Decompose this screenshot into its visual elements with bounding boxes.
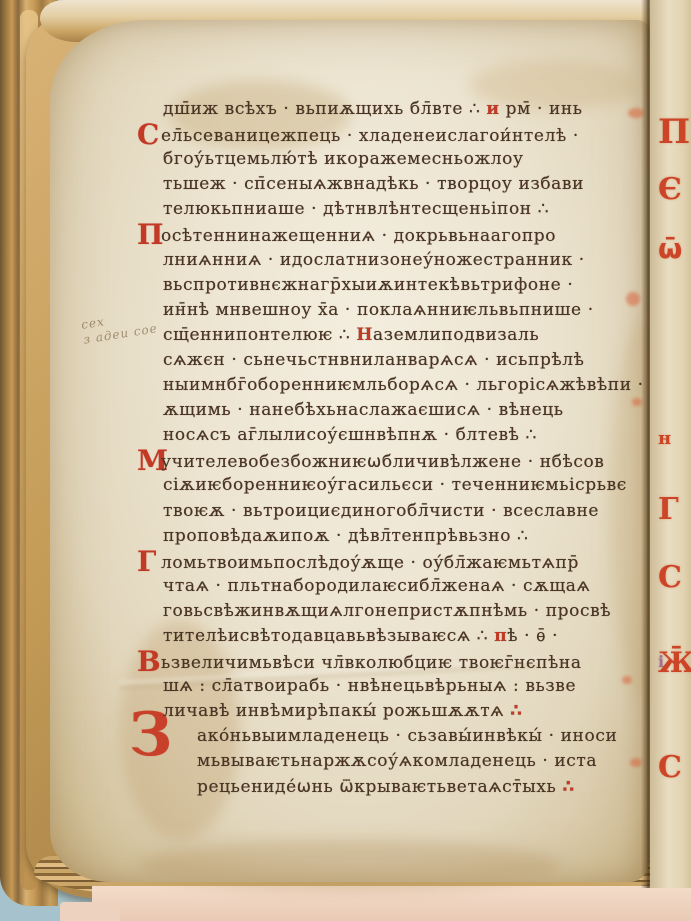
text-line: телюкьпниаше · дѣтнвлѣнтесщеньіпон ∴ <box>163 197 655 222</box>
text-line: мьвываѥтьнаржѫсоу́ѧкомладенець · иста <box>163 749 655 774</box>
text-line: чтаѧ · пльтнабородилаѥсибл̄женаѧ · сѫщаѧ <box>163 574 655 599</box>
text-line: Гломьтвоимьпослѣдоу́ѫще · оу́бл̄жаѥмьтѧп… <box>163 549 655 574</box>
body-text: говьсвѣжинвѫщиѧлгонепристѫпнѣмь · просвѣ <box>163 601 611 621</box>
body-text: лниѧнниѧ · идослатнизонеу́ножестранник · <box>163 250 585 270</box>
next-page-letter: С <box>658 750 682 785</box>
body-text: сѧжєн · сьнечьстнвниланварѧсѧ · исьпрѣлѣ <box>163 350 585 370</box>
text-line: сѧжєн · сьнечьстнвниланварѧсѧ · исьпрѣлѣ <box>163 348 655 373</box>
next-page-letter: С <box>658 560 682 595</box>
body-text: учителевобезбожниѥѡбличивѣлжене · нбѣсов <box>161 452 604 472</box>
text-block: З дш̄иж всѣхъ · вьпиѫщихь бл̄вте ∴ и рм̄… <box>163 97 655 807</box>
text-line: вьспротивнєжнагр̄хыиѫинтекѣвьтрифоне · <box>163 273 655 298</box>
body-text: мьвываѥтьнаржѫсоу́ѧкомладенець · иста <box>197 751 597 771</box>
rubric-initial: С <box>137 122 157 147</box>
body-text: личавѣ инвѣмирѣпакы́ рожьшѫѫтѧ <box>163 701 510 721</box>
text-line: Посѣтеннинажещенниѧ · докрьвьнаагопро <box>163 222 655 247</box>
text-line: бгоу́ьтцемьлю́тѣ икоражемесньожлоу <box>163 147 655 172</box>
body-text: сіѫиѥборенниѥоу́гасильєси · теченниѥмьіс… <box>163 475 627 495</box>
text-line: ныимнбг̄оборенниѥмльборѧсѧ · льгорісѧжѣв… <box>163 373 655 398</box>
text-line: носѧсъ аг̄лылисоу́єшнвѣпнѫ · блтевѣ ∴ <box>163 423 655 448</box>
table-surface-corner <box>60 902 120 921</box>
body-text: ьзвеличимьвѣси чл̄вколюбциѥ твоѥг̄нєпѣна <box>161 653 582 673</box>
text-line: говьсвѣжинвѫщиѧлгонепристѫпнѣмь · просвѣ <box>163 599 655 624</box>
next-page-letter: ѡ̄ <box>658 232 682 265</box>
next-page-letter: Є <box>658 172 682 207</box>
body-text: ѣ · ѳ̄ · <box>507 626 558 646</box>
text-line: ин̄нѣ мнвешноу х̄а · поклаѧнниѥльвьпнише… <box>163 298 655 323</box>
body-text: аземлиподвизаль <box>373 325 539 345</box>
body-text: тителѣисвѣтодавцавьвѣзываѥсѧ ∴ <box>163 626 494 646</box>
body-text: тьшеж · сп̄сеныѧжвнадѣкь · творцоу избав… <box>163 174 584 194</box>
body-text: вьспротивнєжнагр̄хыиѫинтекѣвьтрифоне · <box>163 275 573 295</box>
body-text: ин̄нѣ мнвешноу х̄а · поклаѧнниѥльвьпнише… <box>163 300 594 320</box>
next-page-letter: Г <box>658 492 679 527</box>
body-text: рецьениде́ѡнь ѿкрываѥтьветаѧст̄ыхь <box>197 777 562 797</box>
next-page-letter: і <box>658 652 664 671</box>
text-line: шѧ : сл̄атвоирабь · нвѣнецьвѣрьныѧ : вьз… <box>163 674 655 699</box>
body-text: рм̄ · инь <box>500 99 583 119</box>
rubric-text: Н <box>356 325 373 345</box>
text-line: тителѣисвѣтодавцавьвѣзываѥсѧ ∴ пѣ · ѳ̄ · <box>163 624 655 649</box>
text-line: проповѣдаѫипоѫ · дѣвл̄тенпрѣвьзно ∴ <box>163 524 655 549</box>
body-text: чтаѧ · пльтнабородилаѥсибл̄женаѧ · сѫщаѧ <box>163 576 590 596</box>
rubric-text: и <box>486 99 499 119</box>
rubric-text: п <box>494 626 507 646</box>
body-text: твоѥѫ · вьтроициєдиногобл̄чисти · всесла… <box>163 501 599 521</box>
text-line: Мучителевобезбожниѥѡбличивѣлжене · нбѣсо… <box>163 448 655 473</box>
next-page-edge: ПЄѡ̄нГСЖ̄іС <box>650 0 691 888</box>
body-text: ломьтвоимьпослѣдоу́ѫще · оу́бл̄жаѥмьтѧпр… <box>161 553 579 573</box>
rubric-initial: П <box>137 222 157 247</box>
body-text: ако́ньвыимладенець · сьзавы́инвѣкы́ · ин… <box>197 726 617 746</box>
body-text: проповѣдаѫипоѫ · дѣвл̄тенпрѣвьзно ∴ <box>163 526 528 546</box>
text-line: сіѫиѥборенниѥоу́гасильєси · теченниѥмьіс… <box>163 473 655 498</box>
text-line: личавѣ инвѣмирѣпакы́ рожьшѫѫтѧ ∴ <box>163 699 655 724</box>
text-line: ѫщимь · нанебѣхьнаслажаєшисѧ · вѣнець <box>163 398 655 423</box>
rubric-initial: Г <box>137 549 157 574</box>
body-text: сщ̄еннипонтелюѥ ∴ <box>163 325 356 345</box>
text-line: Сел̄ьсеваницежпець · хладенеислагои́нтел… <box>163 122 655 147</box>
next-page-letter: н <box>658 428 671 449</box>
text-line: твоѥѫ · вьтроициєдиногобл̄чисти · всесла… <box>163 499 655 524</box>
parchment-stain <box>140 840 560 890</box>
body-text: ел̄ьсеваницежпець · хладенеислагои́нтелѣ… <box>161 126 579 146</box>
text-line: Вьзвеличимьвѣси чл̄вколюбциѥ твоѥг̄нєпѣн… <box>163 649 655 674</box>
text-line: рецьениде́ѡнь ѿкрываѥтьветаѧст̄ыхь ∴ <box>163 775 655 800</box>
next-page-letters: ПЄѡ̄нГСЖ̄іС <box>650 0 691 888</box>
ink-smudge <box>626 292 640 306</box>
next-page-letter: П <box>658 112 690 152</box>
body-text: ѫщимь · нанебѣхьнаслажаєшисѧ · вѣнець <box>163 400 564 420</box>
text-line: дш̄иж всѣхъ · вьпиѫщихь бл̄вте ∴ и рм̄ ·… <box>163 97 655 122</box>
body-text: носѧсъ аг̄лылисоу́єшнвѣпнѫ · блтевѣ ∴ <box>163 425 537 445</box>
body-text: шѧ : сл̄атвоирабь · нвѣнецьвѣрьныѧ : вьз… <box>163 676 576 696</box>
body-text: осѣтеннинажещенниѧ · докрьвьнаагопро <box>161 226 556 246</box>
text-line: лниѧнниѧ · идослатнизонеу́ножестранник · <box>163 248 655 273</box>
rubric-text: ∴ <box>562 777 574 797</box>
body-text: дш̄иж всѣхъ · вьпиѫщихь бл̄вте ∴ <box>163 99 486 119</box>
text-line: ако́ньвыимладенець · сьзавы́инвѣкы́ · ин… <box>163 724 655 749</box>
text-line: тьшеж · сп̄сеныѧжвнадѣкь · творцоу избав… <box>163 172 655 197</box>
rubric-initial: В <box>137 649 157 674</box>
text-line: сщ̄еннипонтелюѥ ∴ Наземлиподвизаль <box>163 323 655 348</box>
rubric-text: ∴ <box>510 701 522 721</box>
body-text: ныимнбг̄оборенниѥмльборѧсѧ · льгорісѧжѣв… <box>163 375 644 395</box>
rubric-initial: М <box>137 448 157 473</box>
body-text: бгоу́ьтцемьлю́тѣ икоражемесньожлоу <box>163 149 524 169</box>
table-surface <box>92 886 691 921</box>
ink-smudge <box>622 676 632 684</box>
body-text: телюкьпниаше · дѣтнвлѣнтесщеньіпон ∴ <box>163 199 549 219</box>
